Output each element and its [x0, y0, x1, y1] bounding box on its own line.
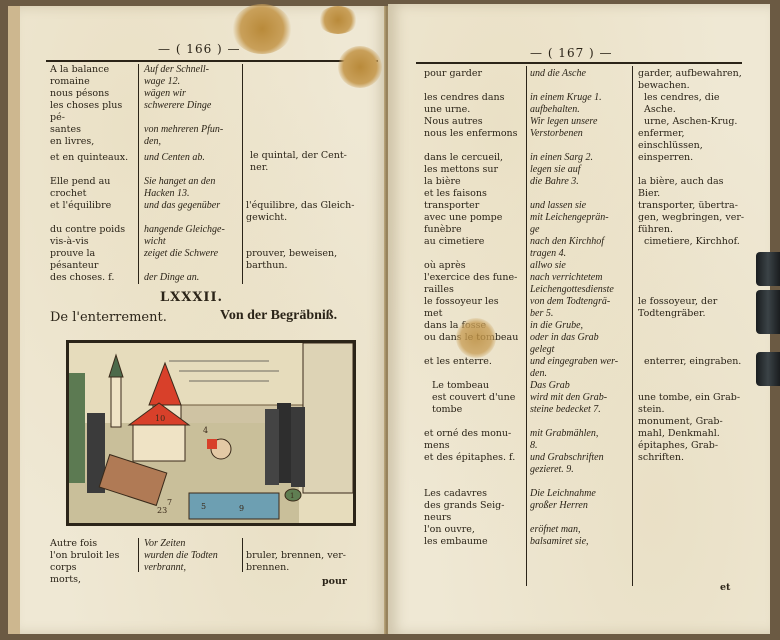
de-text: allwo sie nach verrichtetem Leichengotte… [530, 260, 632, 320]
gloss-text: la bière, auch das Bier. [638, 176, 750, 200]
gloss-text: les cendres, die Asche. urne, Aschen-Kru… [644, 92, 754, 128]
de-text: Vor Zeiten wurden die Todten verbrannt, [144, 538, 242, 574]
de-text: und Grabschriften gezieret. 9. [530, 452, 632, 476]
de-text: der Dinge an. [144, 272, 242, 284]
fr-text: et des épitaphes. f. [424, 452, 526, 464]
header-rule [46, 60, 378, 62]
gloss-text: prouver, beweisen, barthun. [246, 248, 370, 272]
de-text: Auf der Schnell- wage 12. wägen wir schw… [144, 64, 242, 148]
gloss-text: transporter, übertra- gen, wegbringen, v… [638, 200, 750, 236]
svg-text:5: 5 [201, 502, 206, 511]
gloss-text: le quintal, der Cent- ner. [250, 150, 370, 174]
de-text: und eingegraben wer- den. [530, 356, 632, 380]
svg-text:4: 4 [203, 426, 208, 435]
fr-text: pour garder [424, 68, 526, 80]
fr-text: Nous autres nous les enfermons [424, 116, 526, 140]
de-text: und Centen ab. [144, 152, 242, 164]
gloss-text: enfermer, einschlüssen, einsperren. [638, 128, 750, 164]
binder-clip [756, 252, 780, 286]
de-text: Sie hanget an den Hacken 13. und das geg… [144, 176, 242, 212]
stain [456, 318, 496, 358]
catchword: et [720, 582, 730, 593]
book-spread: — ( 166 ) — A la balance romaine nous pé… [0, 0, 780, 640]
svg-text:23: 23 [157, 506, 167, 515]
fr-text: dans le cercueil, les mettons sur la biè… [424, 152, 526, 200]
column-divider [526, 66, 527, 586]
burial-illustration: 10 5 9 7 23 4 1 [66, 340, 356, 526]
de-text: Wir legen unsere Verstorbenen [530, 116, 632, 140]
de-text: Das Grab wird mit den Grab- steine bedec… [530, 380, 632, 416]
de-text: Die Leichnahme großer Herren eröfnet man… [530, 488, 632, 548]
gloss-text: l'équilibre, das Gleich- gewicht. [246, 200, 370, 224]
de-text: in einem Kruge 1. aufbehalten. [530, 92, 632, 116]
woodcut-scene-icon: 10 5 9 7 23 4 1 [69, 343, 353, 523]
svg-text:1: 1 [290, 492, 294, 500]
gloss-text: monument, Grab- mahl, Denkmahl. [638, 416, 750, 440]
gloss-text: épitaphes, Grab- schriften. [638, 440, 750, 464]
svg-text:10: 10 [155, 414, 165, 423]
gloss-text: garder, aufbewahren, bewachen. [638, 68, 750, 92]
fr-text: Elle pend au crochet et l'équilibre [50, 176, 140, 212]
binder-clip [756, 290, 780, 334]
gloss-text: cimetiere, Kirchhof. [644, 236, 754, 248]
fr-text: et en quinteaux. [50, 152, 140, 164]
fr-text: Autre fois l'on bruloit les corps morts, [50, 538, 140, 586]
catchword: pour [322, 576, 347, 587]
svg-text:9: 9 [239, 504, 244, 513]
stain [232, 4, 292, 54]
heading-french: De l'enterrement. [50, 310, 167, 325]
gloss-text: bruler, brennen, ver- brennen. [246, 550, 370, 574]
fr-text: Le tombeau est couvert d'une tombe [432, 380, 526, 416]
page-number-167: — ( 167 ) — [530, 46, 613, 60]
svg-text:7: 7 [167, 498, 172, 507]
de-text: in die Grube, oder in das Grab gelegt [530, 320, 632, 356]
fr-text: où après l'exercice des fune- railles le… [424, 260, 526, 320]
column-divider [242, 538, 243, 572]
fr-text: et orné des monu- mens [424, 428, 526, 452]
left-page: — ( 166 ) — A la balance romaine nous pé… [8, 6, 388, 634]
de-text: hangende Gleichge- wicht zeiget die Schw… [144, 224, 242, 260]
gloss-text: enterrer, eingraben. [644, 356, 754, 368]
stain [318, 6, 358, 34]
heading-german: Von der Begräbniß. [220, 308, 337, 324]
column-divider [242, 64, 243, 284]
de-text: und lassen sie mit Leichengeprän- ge [530, 200, 632, 236]
de-text: mit Grabmählen, 8. [530, 428, 632, 452]
header-rule [416, 62, 742, 64]
fr-text: des choses. f. [50, 272, 140, 284]
de-text: und die Asche [530, 68, 632, 80]
gloss-text: le fossoyeur, der Todtengräber. [638, 296, 750, 320]
binder-clip [756, 352, 780, 386]
de-text: in einen Sarg 2. legen sie auf die Bahre… [530, 152, 632, 188]
fr-text: A la balance romaine nous pésons les cho… [50, 64, 140, 148]
fr-text: Les cadavres des grands Seig- neurs l'on… [424, 488, 526, 548]
fr-text: du contre poids vis-à-vis prouve la pésa… [50, 224, 140, 272]
chapter-number: LXXXII. [160, 290, 223, 305]
gloss-text: une tombe, ein Grab- stein. [638, 392, 750, 416]
de-text: nach den Kirchhof tragen 4. [530, 236, 632, 260]
fr-text: transporter avec une pompe funèbre [424, 200, 526, 236]
column-divider [632, 66, 633, 586]
page-number-166: — ( 166 ) — [158, 42, 241, 56]
right-page: — ( 167 ) — pour garder und die Asche ga… [388, 4, 770, 634]
fr-text: au cimetiere [424, 236, 526, 248]
stain [338, 46, 382, 88]
fr-text: les cendres dans une urne. [424, 92, 526, 116]
